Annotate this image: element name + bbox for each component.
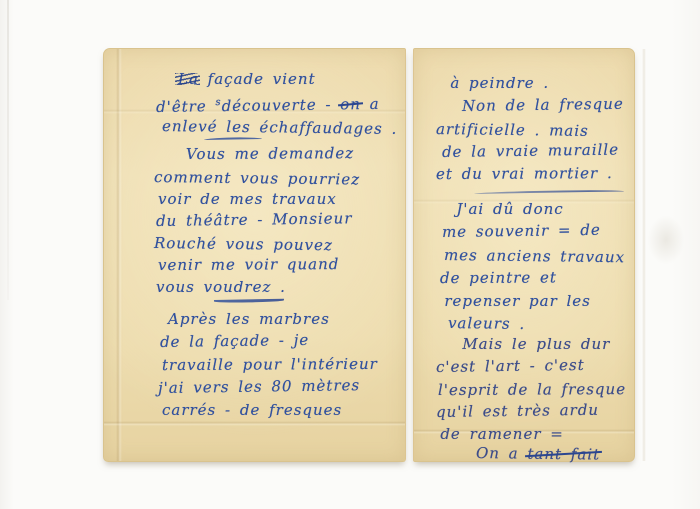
handwritten-line: repenser par les	[444, 293, 626, 310]
handwritten-line: travaille pour l'intérieur	[162, 356, 397, 374]
word-segment: c'est l'art - c'est	[436, 356, 585, 376]
word-segment: On a	[476, 444, 528, 463]
handwritten-line: artificielle . mais	[436, 121, 626, 140]
handwritten-line: l'esprit de la fresque	[438, 381, 626, 399]
handwritten-line: qu'il est très ardu	[436, 401, 626, 421]
handwritten-line: Vous me demandez	[186, 145, 397, 163]
word-segment: l'esprit de la fresque	[438, 380, 626, 399]
word-segment: on	[340, 95, 361, 113]
word-segment: travaille pour l'intérieur	[162, 355, 378, 374]
scanner-background: La façade vientd'être sdécouverte - on a…	[0, 0, 700, 509]
word-segment: façade vient	[199, 70, 316, 88]
word-segment: qu'il est très ardu	[436, 401, 599, 421]
word-segment: Non de la fresque	[462, 95, 624, 115]
ink-underline	[204, 137, 262, 140]
handwritten-line: j'ai vers les 80 mètres	[158, 377, 398, 397]
handwritten-line: Après les marbres	[168, 311, 397, 328]
word-segment: mes anciens travaux	[444, 246, 625, 266]
handwritten-line: me souvenir = de	[442, 221, 626, 241]
handwriting-block-left: La façade vientd'être sdécouverte - on a…	[104, 49, 405, 419]
word-segment: d'être	[156, 97, 216, 116]
word-segment: et du vrai mortier .	[436, 164, 613, 183]
handwritten-line: vous voudrez .	[156, 279, 397, 296]
handwritten-line: carrés - de fresques	[162, 402, 397, 419]
handwritten-line: et du vrai mortier .	[436, 165, 626, 183]
handwriting-block-right: à peindre .Non de la fresqueartificielle…	[414, 49, 634, 462]
ink-rule	[474, 189, 624, 194]
word-segment: à peindre .	[450, 74, 549, 92]
word-segment: La	[178, 70, 199, 88]
word-segment: vous voudrez .	[156, 278, 286, 296]
paper-crease	[104, 421, 405, 426]
word-segment: comment vous pourriez	[154, 168, 360, 189]
handwritten-line: On a tant fait	[476, 445, 626, 464]
handwritten-line: enlevé les échaffaudages .	[162, 118, 398, 138]
word-segment: voir de mes travaux	[158, 190, 337, 208]
word-segment: repenser par les	[444, 292, 591, 310]
handwritten-line: de ramener =	[440, 426, 626, 443]
ink-flourish	[214, 299, 284, 303]
handwritten-line: Mais le plus dur	[462, 336, 626, 353]
word-segment: Mais le plus dur	[462, 335, 610, 353]
handwritten-line: du théâtre - Monsieur	[156, 210, 398, 230]
word-segment: me souvenir = de	[442, 221, 601, 241]
word-segment: de ramener =	[440, 425, 564, 443]
scanner-smudge	[640, 205, 692, 275]
handwritten-line: voir de mes travaux	[158, 191, 397, 208]
word-segment: découverte -	[222, 95, 341, 115]
letter-page-right: à peindre .Non de la fresqueartificielle…	[413, 48, 635, 462]
handwritten-line: Non de la fresque	[462, 96, 626, 115]
word-segment: du théâtre - Monsieur	[156, 209, 353, 230]
word-segment: carrés - de fresques	[162, 401, 342, 419]
handwritten-line: d'être sdécouverte - on a	[156, 92, 398, 112]
scanner-edge-artifact	[7, 0, 9, 300]
word-segment: de la vraie muraille	[442, 141, 619, 161]
word-segment: J'ai dû donc	[456, 200, 563, 218]
handwritten-line: mes anciens travaux	[444, 247, 626, 266]
word-segment: de peintre et	[440, 268, 557, 287]
word-segment: Après les marbres	[168, 310, 330, 328]
word-segment: Vous me demandez	[186, 144, 354, 163]
word-segment: enlevé les échaffaudages .	[162, 117, 398, 138]
word-segment: artificielle . mais	[436, 120, 589, 140]
handwritten-line: de la façade - je	[160, 331, 398, 351]
word-segment: tant fait	[528, 445, 601, 464]
handwritten-line: valeurs .	[448, 315, 626, 334]
handwritten-line: J'ai dû donc	[456, 201, 626, 218]
handwritten-line: Rouché vous pouvez	[154, 235, 398, 255]
word-segment: de la façade - je	[160, 331, 309, 351]
handwritten-line: c'est l'art - c'est	[436, 356, 626, 376]
letter-page-left: La façade vientd'être sdécouverte - on a…	[103, 48, 406, 462]
handwritten-line: comment vous pourriez	[154, 169, 398, 189]
letter-sheet: La façade vientd'être sdécouverte - on a…	[103, 48, 633, 462]
word-segment: a	[361, 95, 380, 113]
handwritten-line: à peindre .	[450, 75, 626, 92]
word-segment: valeurs .	[448, 314, 525, 333]
word-segment: j'ai vers les 80 mètres	[158, 376, 360, 397]
word-segment: venir me voir quand	[158, 255, 339, 274]
handwritten-line: La façade vient	[178, 71, 397, 88]
handwritten-line: de la vraie muraille	[442, 141, 626, 161]
handwritten-line: de peintre et	[440, 269, 626, 287]
word-segment: Rouché vous pouvez	[154, 234, 333, 254]
handwritten-line: venir me voir quand	[158, 256, 397, 274]
